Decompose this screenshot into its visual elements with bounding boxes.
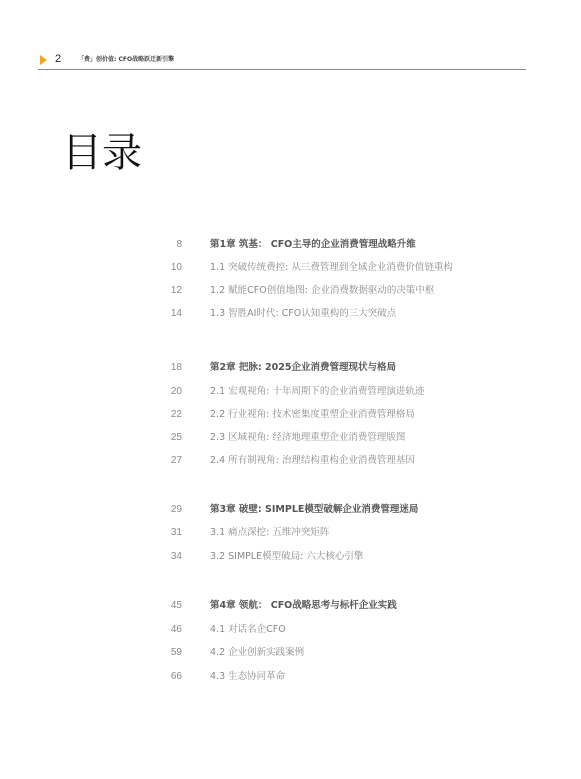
toc-label: 第4章 领航： CFO战略思考与标杆企业实践 bbox=[210, 598, 397, 614]
toc-entry-4-3[interactable]: 66 4.3 生态协同革命 bbox=[150, 669, 550, 685]
toc-label: 2.2 行业视角: 技术密集度重塑企业消费管理格局 bbox=[210, 407, 415, 423]
toc-label: 第1章 筑基： CFO主导的企业消费管理战略升维 bbox=[210, 237, 416, 253]
toc-entry-chapter-4[interactable]: 45 第4章 领航： CFO战略思考与标杆企业实践 bbox=[150, 598, 550, 614]
toc-page-number: 27 bbox=[150, 453, 182, 469]
toc-entry-4-1[interactable]: 46 4.1 对话名企CFO bbox=[150, 622, 550, 638]
toc-page-number: 29 bbox=[150, 502, 182, 518]
toc-title: 目录 bbox=[62, 130, 142, 176]
toc-page-number: 8 bbox=[150, 237, 182, 253]
toc-page-number: 20 bbox=[150, 384, 182, 400]
page-header: 2 「费」创价值: CFO战略跃迁新引擎 bbox=[38, 53, 526, 70]
toc-page-number: 45 bbox=[150, 598, 182, 614]
toc-page-number: 66 bbox=[150, 669, 182, 685]
toc-page-number: 22 bbox=[150, 407, 182, 423]
toc-label: 2.3 区域视角: 经济地理重塑企业消费管理版图 bbox=[210, 430, 405, 446]
toc-entry-2-4[interactable]: 27 2.4 所有制视角: 治理结构重构企业消费管理基因 bbox=[150, 453, 550, 469]
toc-entry-2-3[interactable]: 25 2.3 区域视角: 经济地理重塑企业消费管理版图 bbox=[150, 430, 550, 446]
toc-label: 第3章 破壁: SIMPLE模型破解企业消费管理迷局 bbox=[210, 502, 418, 518]
page-number: 2 bbox=[55, 53, 61, 66]
toc-label: 2.4 所有制视角: 治理结构重构企业消费管理基因 bbox=[210, 453, 415, 469]
toc-page-number: 14 bbox=[150, 306, 182, 322]
toc-entry-1-3[interactable]: 14 1.3 智胜AI时代: CFO认知重构的三大突破点 bbox=[150, 306, 550, 322]
toc-page-number: 25 bbox=[150, 430, 182, 446]
toc-page-number: 59 bbox=[150, 645, 182, 661]
toc-label: 4.3 生态协同革命 bbox=[210, 669, 285, 685]
toc-label: 2.1 宏观视角: 十年周期下的企业消费管理演进轨迹 bbox=[210, 384, 424, 400]
toc-page-number: 34 bbox=[150, 549, 182, 565]
toc-label: 1.1 突破传统费控: 从三费管理到全域企业消费价值链重构 bbox=[210, 260, 453, 276]
toc-label: 4.2 企业创新实践案例 bbox=[210, 645, 304, 661]
toc-entry-1-1[interactable]: 10 1.1 突破传统费控: 从三费管理到全域企业消费价值链重构 bbox=[150, 260, 550, 276]
toc-page-number: 18 bbox=[150, 360, 182, 376]
toc-label: 4.1 对话名企CFO bbox=[210, 622, 286, 638]
toc-label: 3.1 痛点深挖: 五维冲突矩阵 bbox=[210, 525, 329, 541]
toc-label: 1.2 赋能CFO创值地图: 企业消费数据驱动的决策中枢 bbox=[210, 283, 434, 299]
toc-page-number: 10 bbox=[150, 260, 182, 276]
toc-entry-chapter-1[interactable]: 8 第1章 筑基： CFO主导的企业消费管理战略升维 bbox=[150, 237, 550, 253]
toc-entry-3-1[interactable]: 31 3.1 痛点深挖: 五维冲突矩阵 bbox=[150, 525, 550, 541]
toc-label: 3.2 SIMPLE模型破局: 六大核心引擎 bbox=[210, 549, 363, 565]
toc-entry-chapter-3[interactable]: 29 第3章 破壁: SIMPLE模型破解企业消费管理迷局 bbox=[150, 502, 550, 518]
toc-entry-chapter-2[interactable]: 18 第2章 把脉: 2025企业消费管理现状与格局 bbox=[150, 360, 550, 376]
triangle-marker-icon bbox=[40, 55, 47, 65]
toc-page-number: 31 bbox=[150, 525, 182, 541]
toc-page-number: 12 bbox=[150, 283, 182, 299]
toc-page-number: 46 bbox=[150, 622, 182, 638]
running-title: 「费」创价值: CFO战略跃迁新引擎 bbox=[78, 55, 174, 64]
toc-entry-2-2[interactable]: 22 2.2 行业视角: 技术密集度重塑企业消费管理格局 bbox=[150, 407, 550, 423]
toc-entry-2-1[interactable]: 20 2.1 宏观视角: 十年周期下的企业消费管理演进轨迹 bbox=[150, 384, 550, 400]
toc-label: 第2章 把脉: 2025企业消费管理现状与格局 bbox=[210, 360, 396, 376]
toc-entry-4-2[interactable]: 59 4.2 企业创新实践案例 bbox=[150, 645, 550, 661]
toc-entry-3-2[interactable]: 34 3.2 SIMPLE模型破局: 六大核心引擎 bbox=[150, 549, 550, 565]
toc-entry-1-2[interactable]: 12 1.2 赋能CFO创值地图: 企业消费数据驱动的决策中枢 bbox=[150, 283, 550, 299]
toc-label: 1.3 智胜AI时代: CFO认知重构的三大突破点 bbox=[210, 306, 396, 322]
